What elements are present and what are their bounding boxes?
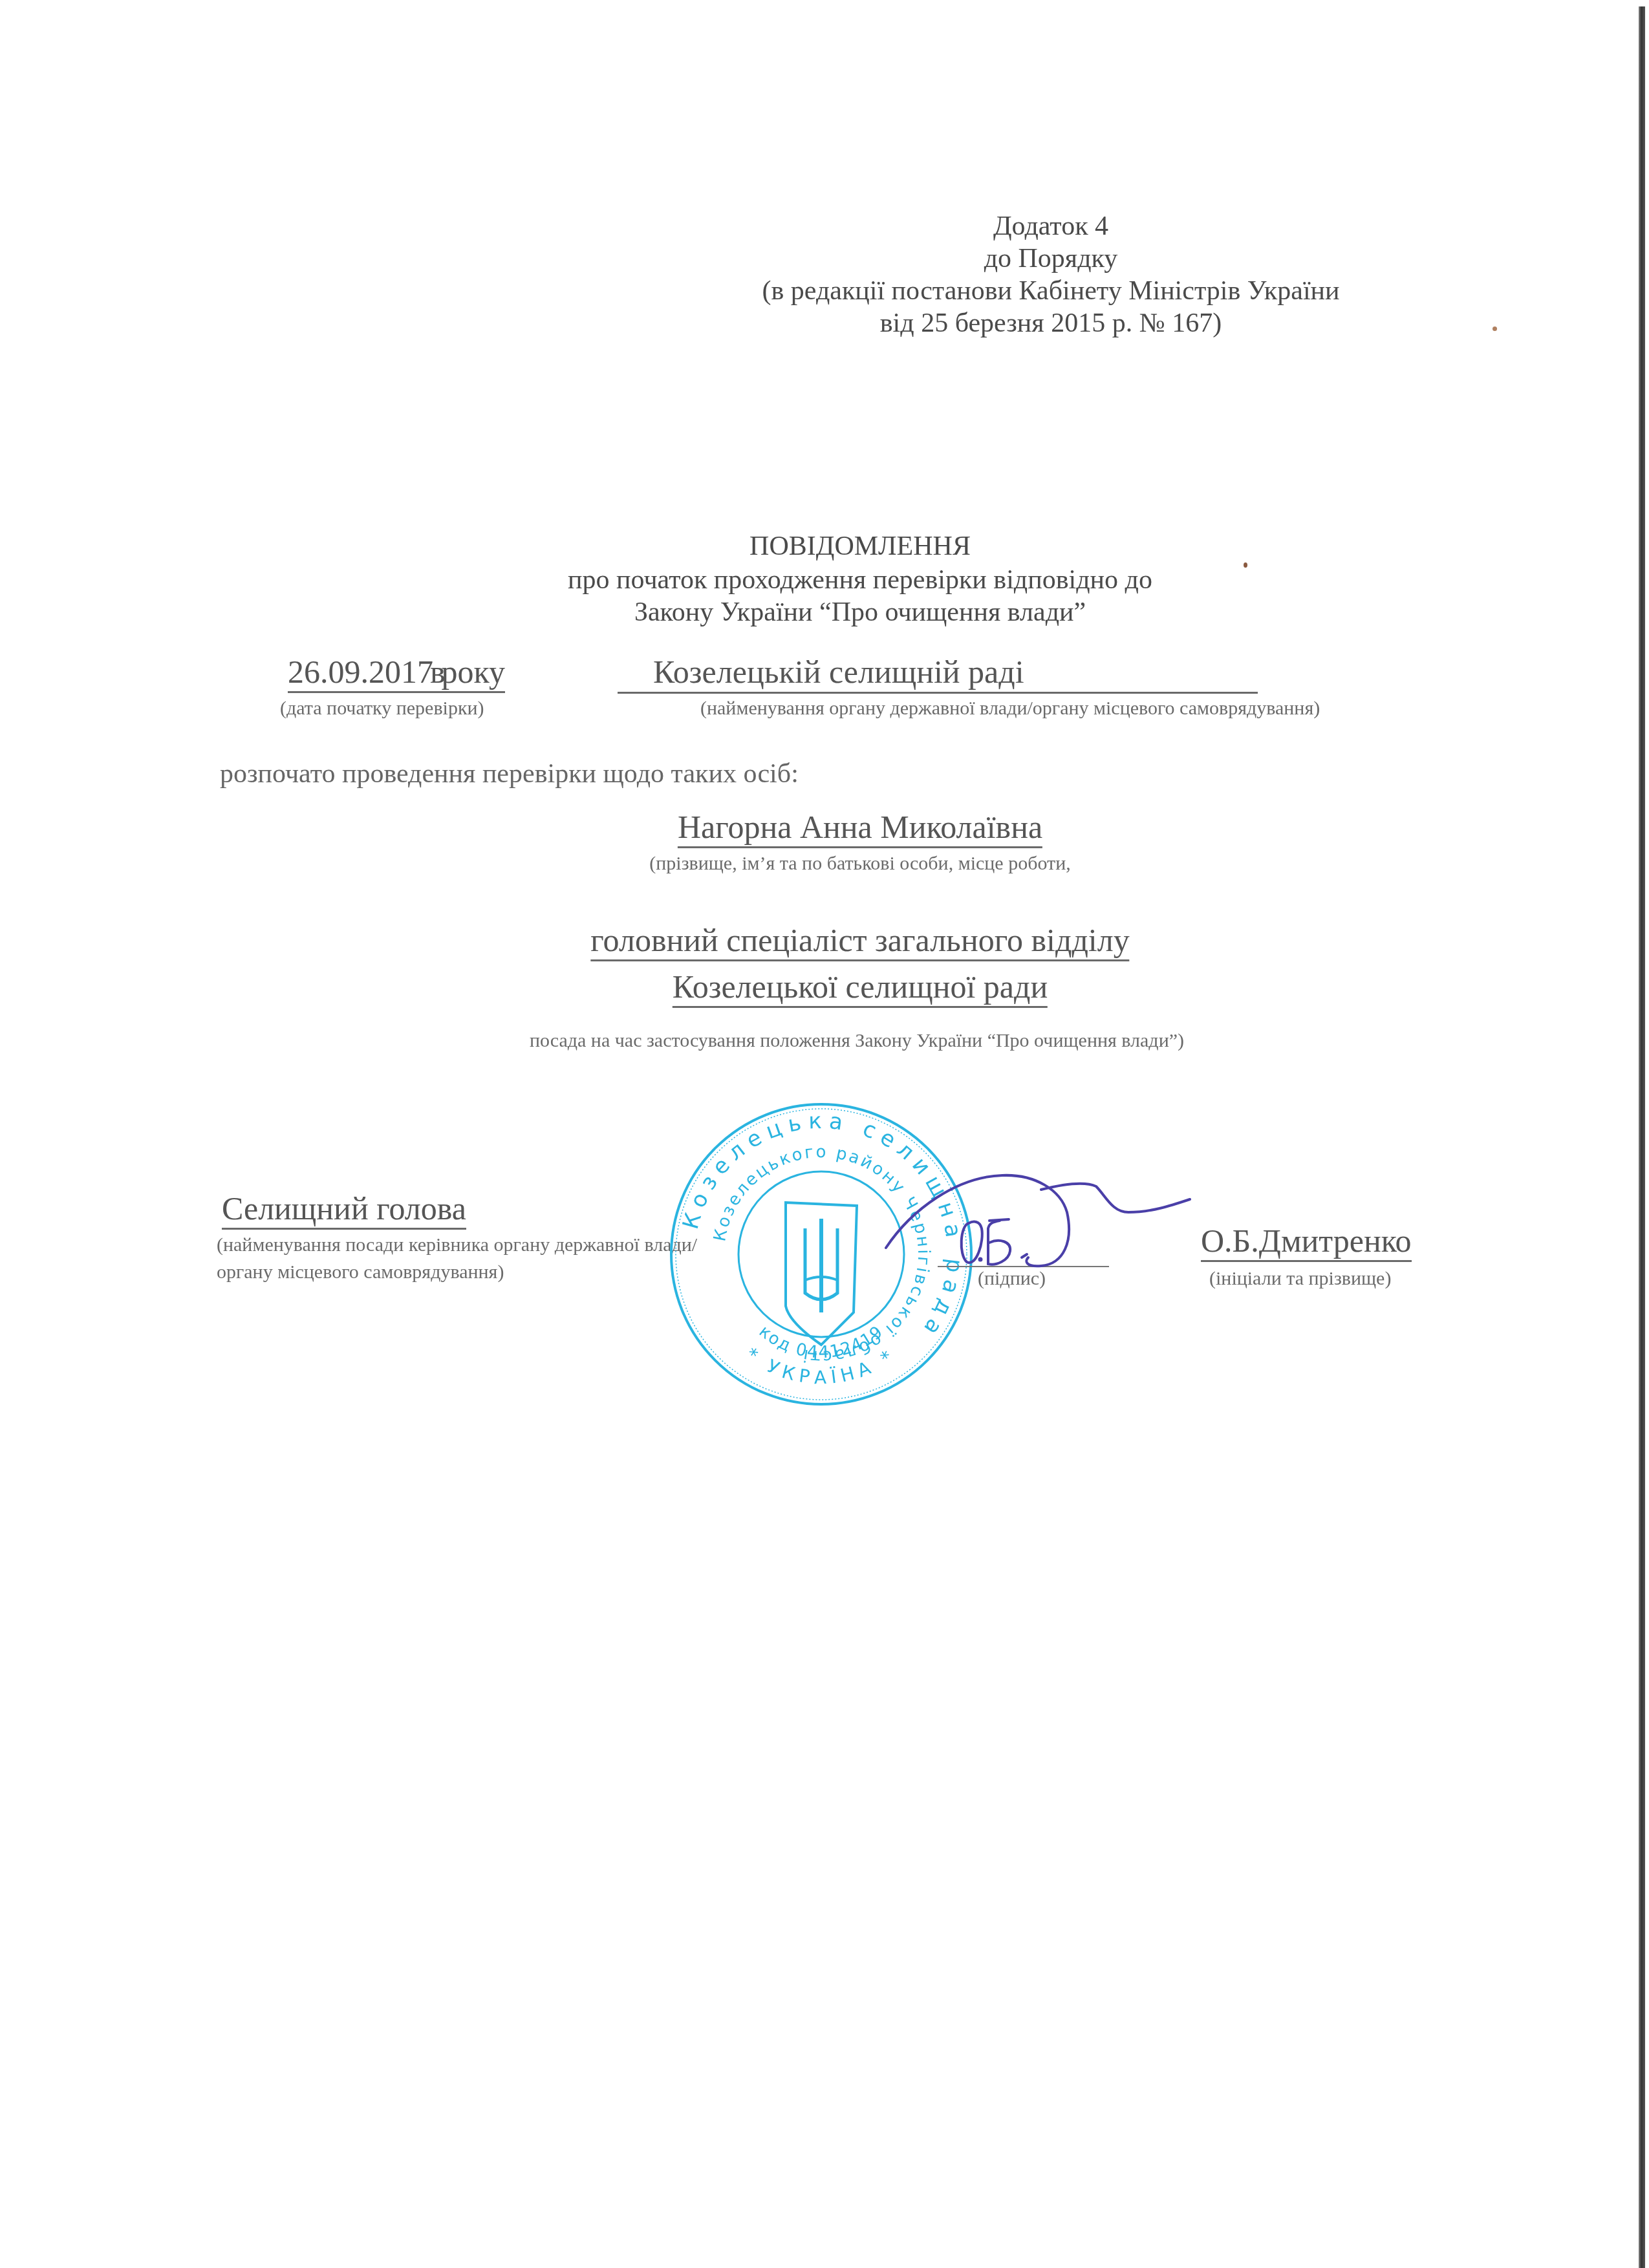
signer-name: О.Б.Дмитренко xyxy=(1201,1222,1412,1259)
document-title: ПОВІДОМЛЕННЯ xyxy=(749,530,971,562)
authority-caption: (найменування органу державної влади/орг… xyxy=(700,697,1320,720)
authority-name-field: Козелецькій селищній раді xyxy=(618,653,1258,694)
signature xyxy=(873,1151,1196,1274)
person-name: Нагорна Анна Миколаївна xyxy=(678,808,1042,846)
appendix-reference: до Порядку xyxy=(984,242,1118,275)
signer-title-caption-line2: органу місцевого самоврядування) xyxy=(217,1261,504,1284)
signer-name-caption: (ініціали та прізвище) xyxy=(1209,1267,1391,1290)
signature-caption: (підпис) xyxy=(978,1267,1046,1290)
document-subtitle-line1: про початок проходження перевірки відпов… xyxy=(568,564,1152,596)
signer-title: Селищний голова xyxy=(222,1190,466,1227)
scan-speck xyxy=(1493,326,1497,331)
person-position: головний спеціаліст загального відділу xyxy=(590,921,1129,959)
appendix-edition: (в редакції постанови Кабінету Міністрів… xyxy=(762,275,1339,307)
scan-edge xyxy=(1639,6,1645,2268)
document-subtitle-line2: Закону України “Про очищення влади” xyxy=(634,596,1086,628)
person-workplace: Козелецької селищної ради xyxy=(673,968,1048,1005)
person-name-caption: (прізвище, ім’я та по батькові особи, мі… xyxy=(649,852,1070,875)
appendix-resolution: від 25 березня 2015 р. № 167) xyxy=(880,307,1222,339)
date-caption: (дата початку перевірки) xyxy=(280,697,484,720)
scan-speck xyxy=(1244,562,1247,568)
appendix-number: Додаток 4 xyxy=(993,210,1108,242)
signer-title-caption-line1: (найменування посади керівника органу де… xyxy=(217,1234,697,1257)
preposition: в xyxy=(430,653,446,690)
check-start-date: 26.09.2017 року xyxy=(288,653,505,690)
intro-text: розпочато проведення перевірки щодо таки… xyxy=(220,758,799,790)
trident-icon xyxy=(786,1203,857,1345)
position-caption: посада на час застосування положення Зак… xyxy=(530,1029,1184,1053)
